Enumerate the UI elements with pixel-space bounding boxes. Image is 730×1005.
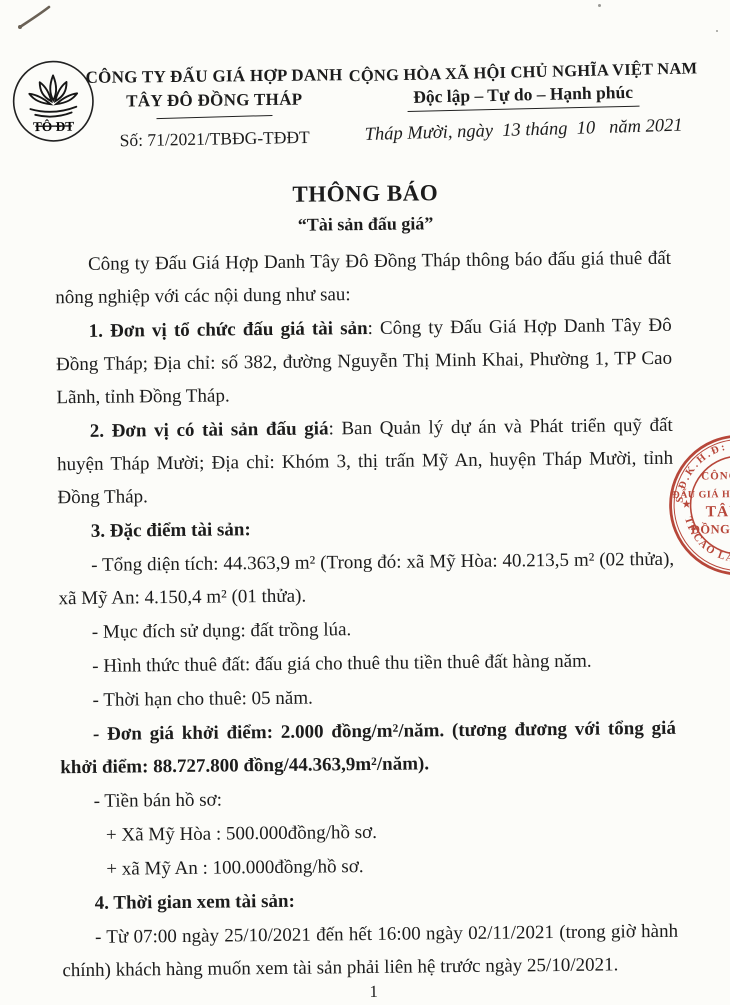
land-purpose-item: - Mục đích sử dụng: đất trồng lúa.	[59, 610, 675, 649]
fee-my-an-item: + xã Mỹ An : 100.000đồng/hồ sơ.	[61, 847, 677, 886]
viewing-time-item: - Từ 07:00 ngày 25/10/2021 đến hết 16:00…	[62, 915, 679, 987]
scanned-document-page: TÔ ĐT CÔNG TY ĐẤU GIÁ HỢP DANH TÂY ĐÔ ĐỒ…	[0, 0, 730, 1005]
starting-price-item: - Đơn giá khởi điểm: 2.000 đồng/m²/năm. …	[60, 712, 677, 784]
company-name-line1: CÔNG TY ĐẤU GIÁ HỢP DANH	[82, 63, 346, 90]
section-4-heading: 4. Thời gian xem tài sản:	[62, 881, 678, 920]
company-name-line2: TÂY ĐÔ ĐỒNG THÁP	[82, 87, 346, 114]
page-number: 1	[369, 982, 378, 1001]
section-2-paragraph: 2. Đơn vị có tài sản đấu giá: Ban Quản l…	[57, 409, 674, 514]
document-body: Công ty Đấu Giá Hợp Danh Tây Đô Đồng Thá…	[55, 242, 679, 988]
lotus-petals-icon	[29, 75, 77, 104]
section-1-heading: 1. Đơn vị tổ chức đấu giá tài sản	[89, 318, 368, 342]
document-subtitle: “Tài sản đấu giá”	[55, 211, 677, 239]
company-name-underline	[156, 115, 272, 119]
lotus-water-lines-icon	[30, 107, 76, 117]
document-title: THÔNG BÁO	[54, 178, 676, 211]
section-1-paragraph: 1. Đơn vị tổ chức đấu giá tài sản: Công …	[56, 309, 673, 414]
section-3-heading: 3. Đặc điểm tài sản:	[58, 509, 674, 548]
dossier-fee-item: - Tiền bán hồ sơ:	[60, 779, 676, 818]
national-motto: Độc lập – Tự do – Hạnh phúc	[407, 82, 639, 112]
stamp-line-4: ĐỒNG	[691, 521, 730, 536]
total-area-item: - Tổng diện tích: 44.363,9 m² (Trong đó:…	[58, 543, 675, 615]
fee-my-hoa-item: + Xã Mỹ Hòa : 500.000đồng/hồ sơ.	[61, 813, 677, 852]
stamp-line-3: TÂY	[706, 503, 730, 520]
stamp-line-1: CÔNG	[701, 469, 730, 482]
national-motto-block: CỘNG HÒA XÃ HỘI CHỦ NGHĨA VIỆT NAM Độc l…	[344, 60, 703, 143]
document-sheet: TÔ ĐT CÔNG TY ĐẤU GIÁ HỢP DANH TÂY ĐÔ ĐỒ…	[0, 0, 730, 1005]
stamp-line-2: ĐẤU GIÁ H	[672, 487, 730, 501]
document-title-block: THÔNG BÁO “Tài sản đấu giá”	[54, 178, 677, 239]
section-2-heading: 2. Đơn vị có tài sản đấu giá	[90, 418, 329, 441]
red-seal-stamp-icon: S.Đ.K.H.Đ: TP.CAO LÃNH ★ CÔNG ĐẤU GIÁ H …	[664, 429, 730, 581]
lease-form-item: - Hình thức thuê đất: đấu giá cho thuê t…	[59, 644, 675, 683]
lease-term-item: - Thời hạn cho thuê: 05 năm.	[59, 678, 675, 717]
document-number: Số: 71/2021/TBĐG-TĐĐT	[83, 126, 347, 152]
place-date-line: Tháp Mười, ngày 13 tháng 10 năm 2021	[344, 115, 702, 147]
issuing-org-block: CÔNG TY ĐẤU GIÁ HỢP DANH TÂY ĐÔ ĐỒNG THÁ…	[82, 63, 347, 151]
intro-paragraph: Công ty Đấu Giá Hợp Danh Tây Đô Đồng Thá…	[55, 242, 672, 314]
